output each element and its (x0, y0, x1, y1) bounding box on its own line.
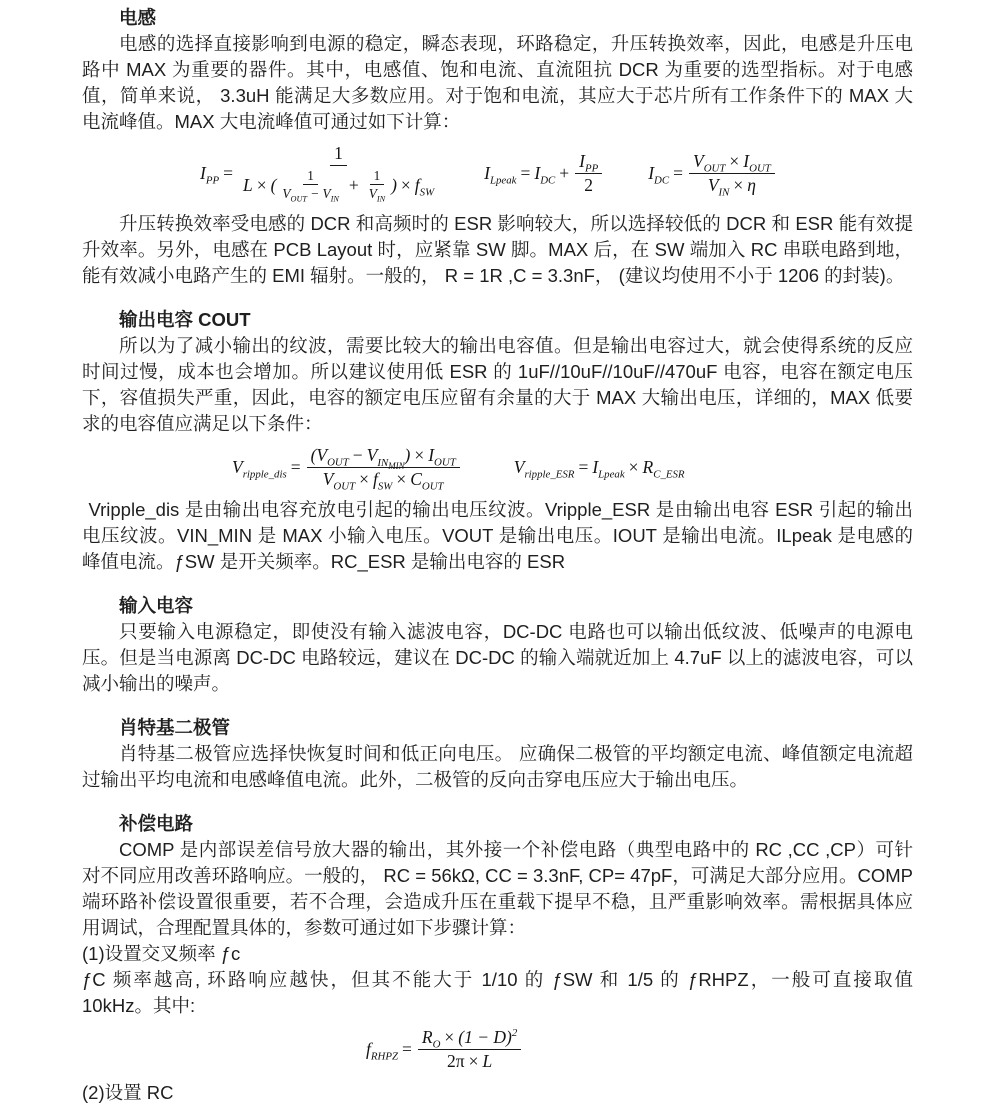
formula-vripple-esr: Vripple_ESR=ILpeak×RC_ESR (514, 457, 685, 477)
symbol: VIN (369, 186, 385, 202)
operator: × (410, 445, 428, 466)
symbol: 1 (334, 143, 343, 164)
paragraph-input-capacitor: 只要输入电源稳定，即使没有输入滤波电容，DC-DC 电路也可以输出低纹波、低噪声… (82, 619, 913, 697)
step-1-crossover-frequency: (1)设置交叉频率 ƒc (82, 941, 913, 967)
formula-ipp: IPP=1L×(1VOUT−VIN+1VIN)×fSW (200, 142, 440, 204)
formula-vripple-dis: Vripple_dis=(VOUT−VINMIN)×IOUTVOUT×fSW×C… (232, 444, 462, 490)
section-heading-output-capacitor: 输出电容 COUT (82, 307, 913, 333)
symbol: VIN (323, 186, 339, 202)
section-output-capacitor: 输出电容 COUT 所以为了减小输出的纹波，需要比较大的输出电容值。但是输出电容… (82, 307, 913, 575)
symbol: ILpeak (592, 457, 624, 477)
operator: × (625, 457, 643, 477)
formula-frhpz: fRHPZ=RO×(1 − D)22π×L (366, 1026, 523, 1072)
symbol: VOUT (323, 469, 355, 490)
symbol: VOUT (693, 151, 725, 172)
formula-row-rhpz: fRHPZ=RO×(1 − D)22π×L (82, 1026, 913, 1072)
symbol: ( (271, 175, 277, 196)
section-schottky-diode: 肖特基二极管 肖特基二极管应选择快恢复时间和低正向电压。 应确保二极管的平均额定… (82, 715, 913, 793)
symbol: IDC (648, 163, 669, 183)
symbol: IPP (200, 163, 219, 183)
fraction: RO×(1 − D)22π×L (418, 1026, 521, 1072)
operator: = (516, 163, 534, 183)
symbol: RC_ESR (643, 457, 685, 477)
section-inductor: 电感 电感的选择直接影响到电源的稳定，瞬态表现，环路稳定，升压转换效率，因此，电… (82, 5, 913, 289)
section-heading-input-capacitor: 输入电容 (82, 593, 913, 619)
operator: = (219, 163, 237, 183)
symbol: RO (422, 1027, 441, 1048)
section-heading-compensation: 补偿电路 (82, 811, 913, 837)
paragraph-compensation-1: COMP 是内部误差信号放大器的输出，其外接一个补偿电路（典型电路中的 RC ,… (82, 837, 913, 941)
section-heading-inductor: 电感 (82, 5, 913, 31)
paragraph-output-capacitor-2: Vripple_dis 是由输出电容充放电引起的输出电压纹波。Vripple_E… (82, 497, 913, 575)
formula-row-current: IPP=1L×(1VOUT−VIN+1VIN)×fSW ILpeak=IDC+I… (82, 142, 913, 204)
fraction: 1L×(1VOUT−VIN+1VIN)×fSW (239, 142, 438, 204)
paragraph-inductor-2: 升压转换效率受电感的 DCR 和高频时的 ESR 影响较大，所以选择较低的 DC… (82, 211, 913, 289)
formula-idc: IDC=VOUT×IOUTVIN×η (648, 150, 777, 196)
symbol: 1 (307, 168, 314, 184)
document-page: 电感 电感的选择直接影响到电源的稳定，瞬态表现，环路稳定，升压转换效率，因此，电… (0, 0, 991, 1106)
operator: × (729, 175, 747, 196)
symbol: 2 (584, 175, 593, 196)
formula-ilpeak: ILpeak=IDC+IPP2 (484, 150, 604, 196)
operator: × (440, 1027, 458, 1048)
symbol: fSW (415, 175, 434, 196)
operator: = (574, 457, 592, 477)
paragraph-inductor-1: 电感的选择直接影响到电源的稳定，瞬态表现，环路稳定，升压转换效率，因此，电感是升… (82, 31, 913, 135)
symbol: (1 − D)2 (458, 1027, 517, 1048)
symbol: Vripple_ESR (514, 457, 575, 477)
step-2-set-rc: (2)设置 RC (82, 1080, 913, 1106)
fraction: 1VOUT−VIN (278, 167, 342, 203)
symbol: VIN (708, 175, 730, 196)
section-heading-schottky-diode: 肖特基二极管 (82, 715, 913, 741)
symbol: L (482, 1051, 492, 1072)
symbol: VINMIN (367, 445, 405, 466)
paragraph-output-capacitor-1: 所以为了减小输出的纹波，需要比较大的输出电容值。但是输出电容过大，就会使得系统的… (82, 333, 913, 437)
symbol: η (747, 175, 756, 196)
formula-row-ripple: Vripple_dis=(VOUT−VINMIN)×IOUTVOUT×fSW×C… (82, 444, 913, 490)
operator: × (392, 469, 410, 490)
symbol: IOUT (743, 151, 771, 172)
operator: × (355, 469, 373, 490)
fraction: 1VIN (365, 167, 389, 203)
symbol: IDC (534, 163, 555, 183)
symbol: Vripple_dis (232, 457, 287, 477)
symbol: IOUT (428, 445, 456, 466)
symbol: IPP (579, 151, 598, 172)
operator: = (287, 457, 305, 477)
symbol: VOUT (282, 186, 307, 202)
fraction: IPP2 (575, 150, 602, 196)
symbol: fSW (373, 469, 392, 490)
operator: × (465, 1051, 483, 1072)
symbol: ILpeak (484, 163, 516, 183)
operator: = (669, 163, 687, 183)
operator: + (345, 175, 363, 196)
operator: − (307, 186, 323, 202)
section-compensation: 补偿电路 COMP 是内部误差信号放大器的输出，其外接一个补偿电路（典型电路中的… (82, 811, 913, 1105)
operator: × (725, 151, 743, 172)
section-input-capacitor: 输入电容 只要输入电源稳定，即使没有输入滤波电容，DC-DC 电路也可以输出低纹… (82, 593, 913, 697)
fraction: (VOUT−VINMIN)×IOUTVOUT×fSW×COUT (307, 444, 460, 490)
operator: × (397, 175, 415, 196)
symbol: 1 (374, 168, 381, 184)
symbol: COUT (410, 469, 443, 490)
operator: × (253, 175, 271, 196)
paragraph-compensation-2: ƒC 频率越高, 环路响应越快，但其不能大于 1/10 的 ƒSW 和 1/5 … (82, 967, 913, 1019)
operator: + (555, 163, 573, 183)
symbol: 2π (447, 1051, 465, 1072)
symbol: (VOUT (311, 445, 349, 466)
fraction: VOUT×IOUTVIN×η (689, 150, 775, 196)
operator: = (398, 1039, 416, 1059)
operator: − (349, 445, 367, 466)
symbol: fRHPZ (366, 1039, 398, 1059)
symbol: L (243, 175, 253, 196)
paragraph-schottky-diode: 肖特基二极管应选择快恢复时间和低正向电压。 应确保二极管的平均额定电流、峰值额定… (82, 741, 913, 793)
